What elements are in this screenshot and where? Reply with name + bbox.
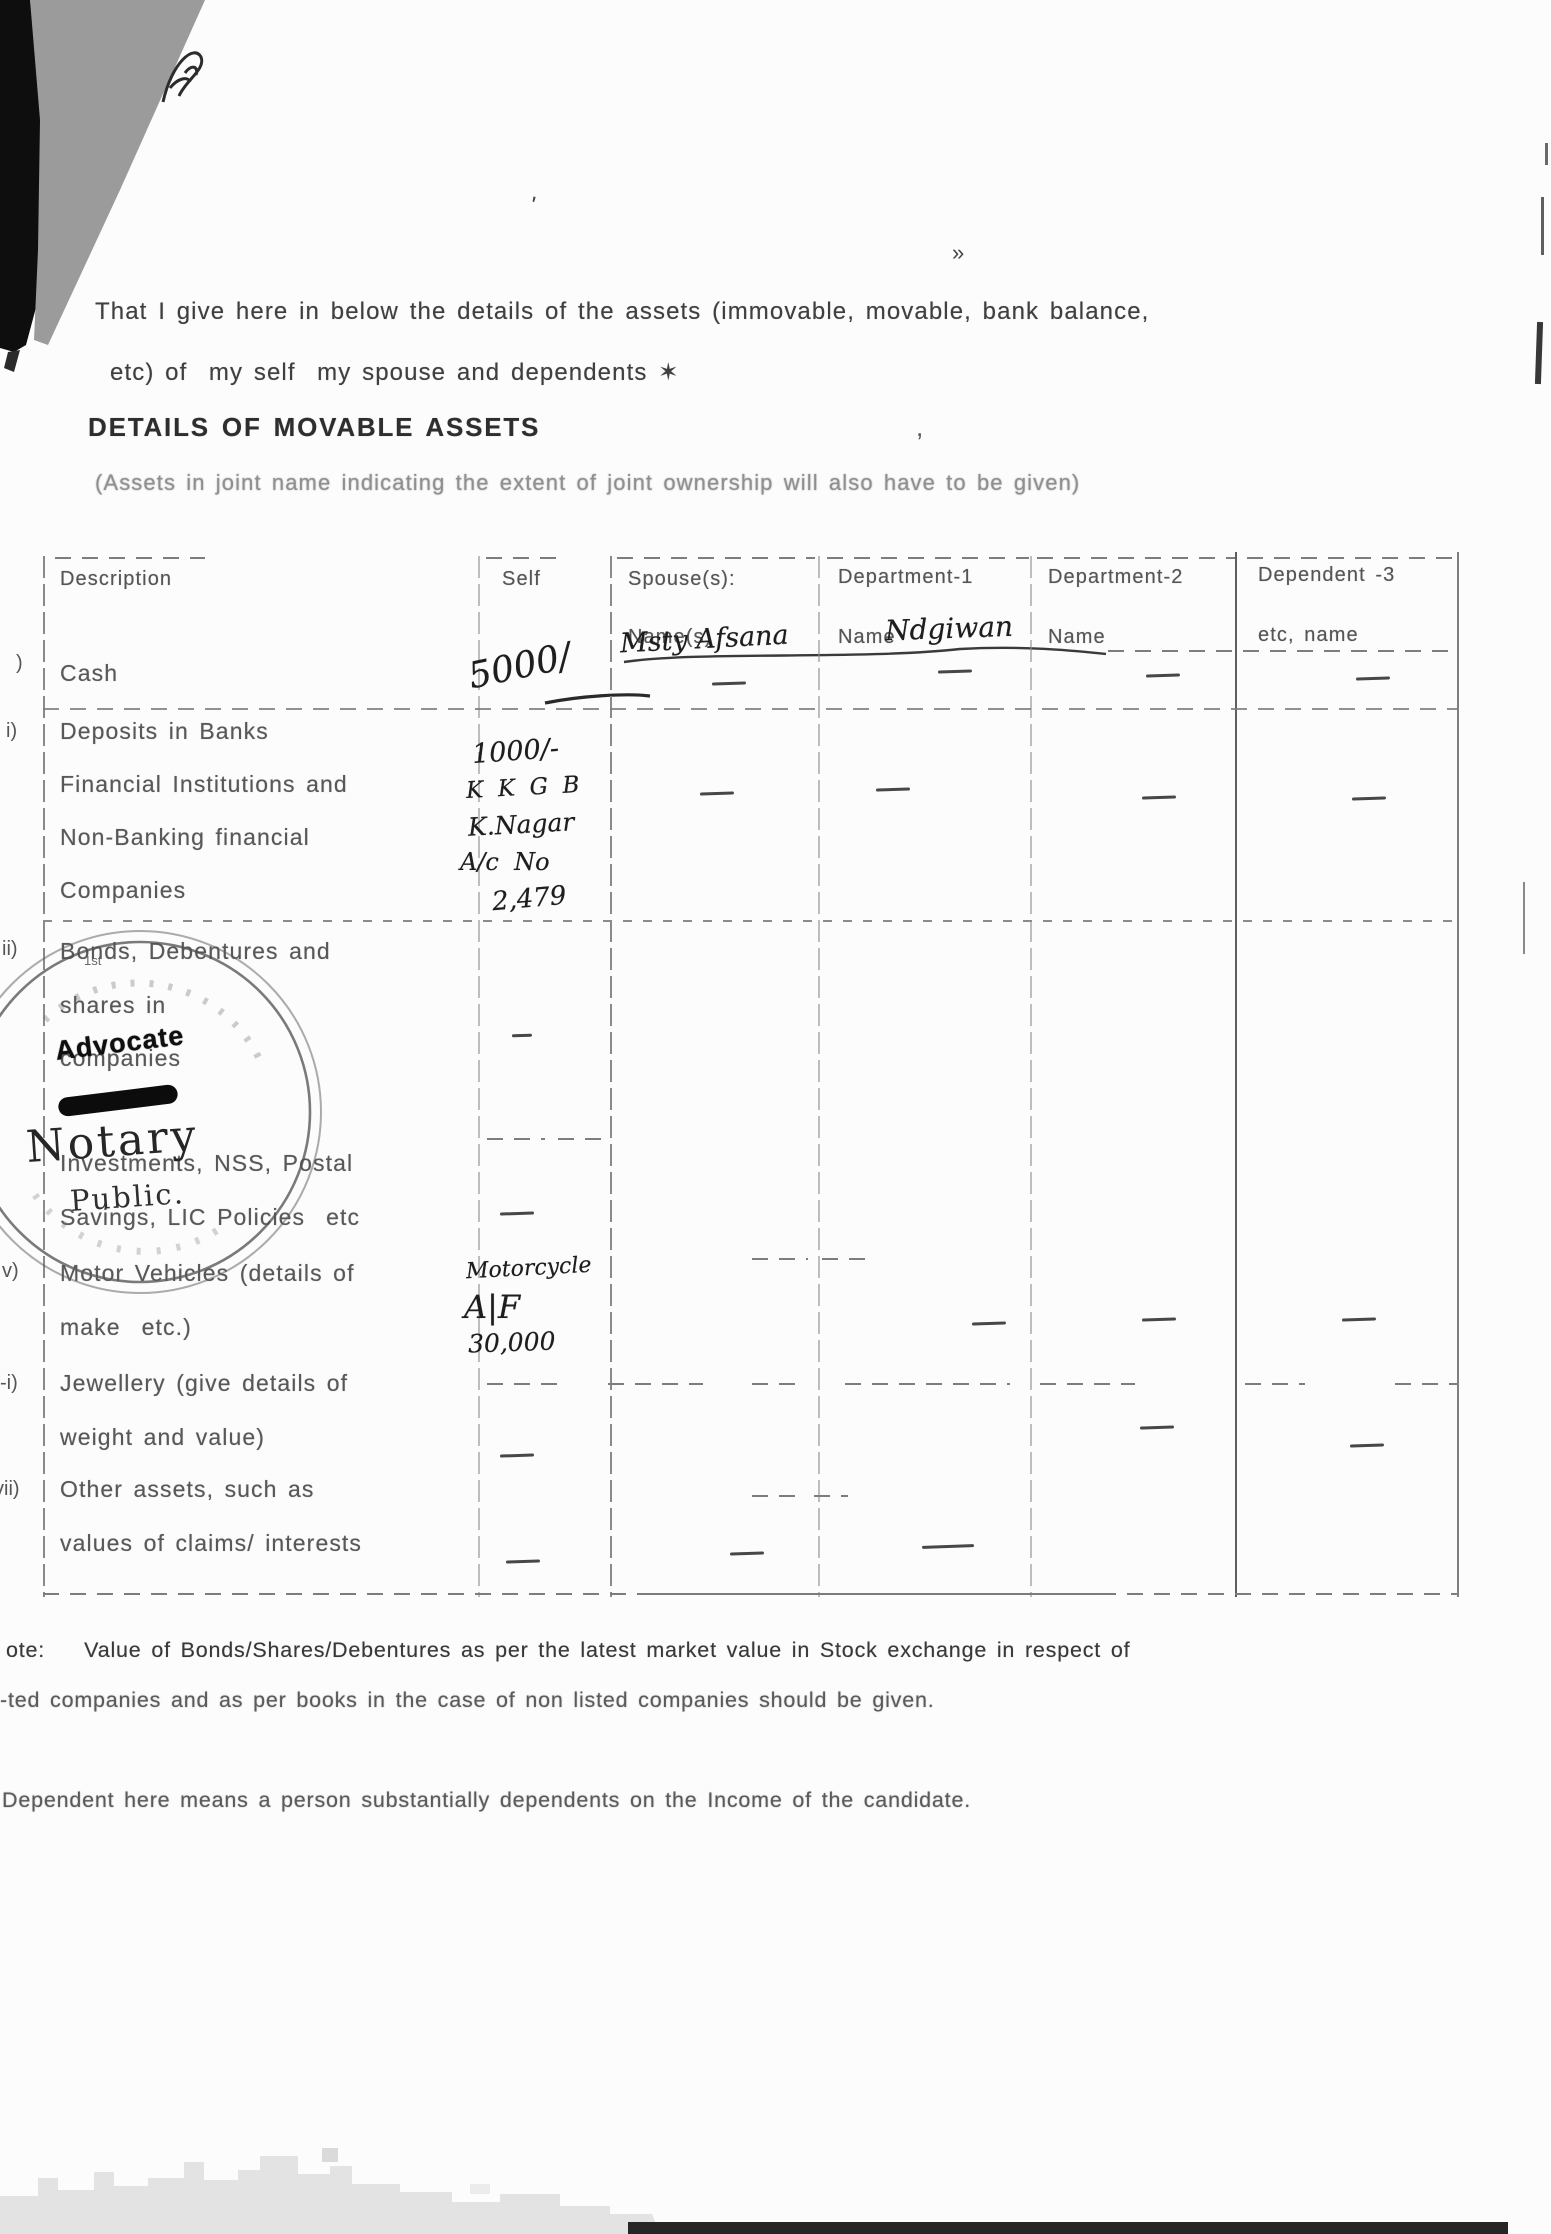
header-top-rule-2: [486, 557, 558, 559]
row-rule-motor-e: [1040, 1383, 1135, 1385]
row-rule-nss-b: [822, 1258, 866, 1260]
right-edge-mark-1: [1541, 197, 1544, 255]
table-bottom-rule-a: [43, 1593, 643, 1595]
row-num-cash: ): [16, 652, 23, 675]
header-top-rule-4: [827, 557, 1029, 559]
row-deposits-line3: Non-Banking financial: [60, 824, 310, 851]
row-num-other: vii): [0, 1478, 20, 1501]
row-num-deposits: i): [6, 720, 17, 743]
row-rule-deposits: [43, 920, 1457, 922]
row-rule-jewellery-b: [814, 1495, 848, 1497]
stray-comma-mark: ,: [916, 412, 923, 443]
row-rule-jewellery-a: [752, 1495, 802, 1497]
row-deposits-line2: Financial Institutions and: [60, 771, 348, 798]
row-rule-nss-a: [752, 1258, 808, 1260]
col-rule-self-spouse: [610, 556, 612, 1597]
header-top-rule-3: [617, 557, 815, 559]
stamp-superscript: 1st: [84, 953, 101, 968]
row-rule-bonds-b: [558, 1138, 604, 1140]
bottom-scan-texture: [0, 2144, 700, 2234]
row-rule-cash: [43, 708, 1457, 710]
row-num-jewellery: -i): [0, 1372, 18, 1395]
footnote-line-3: Dependent here means a person substantia…: [2, 1788, 971, 1813]
row-rule-bonds-a: [487, 1138, 545, 1140]
pen-squiggle: [163, 53, 202, 102]
table-bottom-rule-c: [1100, 1593, 1457, 1595]
col-header-dept2-line2: Name: [1048, 626, 1106, 649]
row-other-line2: values of claims/ interests: [60, 1530, 362, 1557]
row-jewellery-line2: weight and value): [60, 1424, 265, 1451]
section-title: DETAILS OF MOVABLE ASSETS: [88, 412, 540, 443]
section-subtitle: (Assets in joint name indicating the ext…: [95, 470, 1080, 496]
col-header-dep3-line2: etc, name: [1258, 624, 1359, 647]
row-motor-line1: Motor Vehicles (details of: [60, 1260, 355, 1287]
header-top-rule-1: [55, 557, 205, 559]
hw-deposits-self-1: 1000/-: [471, 733, 560, 770]
col-header-spouse-line1: Spouse(s):: [628, 568, 736, 591]
footnote-line-2: -ted companies and as per books in the c…: [0, 1688, 935, 1713]
col-rule-spouse-dept1: [818, 556, 820, 1597]
cash-amount-tail-stroke: [545, 695, 650, 703]
intro-line-1: That I give here in below the details of…: [95, 298, 1149, 326]
row-cash-label: Cash: [60, 660, 118, 687]
header-top-rule-5: [1037, 557, 1235, 559]
right-edge-mark-3: [1545, 143, 1548, 165]
row-rule-motor-g: [1395, 1383, 1457, 1385]
hw-motor-self-3: 30,000: [468, 1326, 556, 1358]
table-border-right: [1457, 552, 1459, 1597]
row-rule-motor-f: [1245, 1383, 1305, 1385]
hw-deposits-self-3: K.Nagar: [467, 807, 575, 842]
footnote-line-1: ote: Value of Bonds/Shares/Debentures as…: [6, 1638, 1130, 1663]
row-rule-motor-b: [608, 1383, 703, 1385]
col-header-dept2-line1: Department-2: [1048, 566, 1183, 589]
row-rule-motor-a: [487, 1383, 562, 1385]
col-header-dep3-line1: Dependent -3: [1258, 564, 1395, 587]
stray-chevron-mark: »: [952, 240, 964, 266]
intro-line-2: etc) of my self my spouse and dependents…: [110, 358, 679, 387]
row-jewellery-line1: Jewellery (give details of: [60, 1370, 348, 1397]
col-header-self: Self: [502, 568, 541, 591]
row-deposits-line1: Deposits in Banks: [60, 718, 269, 745]
table-bottom-rule-b: [643, 1593, 1100, 1595]
bottom-edge-bar: [628, 2222, 1508, 2234]
right-edge-mark-4: [1523, 882, 1525, 954]
col-rule-description-self: [478, 556, 480, 1597]
hw-dept1-name: Ndgiwan: [884, 610, 1013, 647]
hw-motor-self-2: A|F: [464, 1288, 520, 1326]
header-bottom-rule: [1108, 650, 1458, 652]
col-header-dept1-line1: Department-1: [838, 566, 973, 589]
row-other-line1: Other assets, such as: [60, 1476, 315, 1503]
header-top-rule-6: [1247, 557, 1453, 559]
hw-deposits-self-4: A/c No: [460, 848, 550, 876]
col-header-description: Description: [60, 568, 172, 591]
scanned-affidavit-page: That I give here in below the details of…: [0, 0, 1551, 2234]
col-rule-dept1-dept2: [1030, 556, 1032, 1597]
row-rule-motor-c: [752, 1383, 802, 1385]
row-deposits-line4: Companies: [60, 877, 186, 904]
row-motor-line2: make etc.): [60, 1314, 192, 1341]
row-rule-motor-d: [845, 1383, 1010, 1385]
